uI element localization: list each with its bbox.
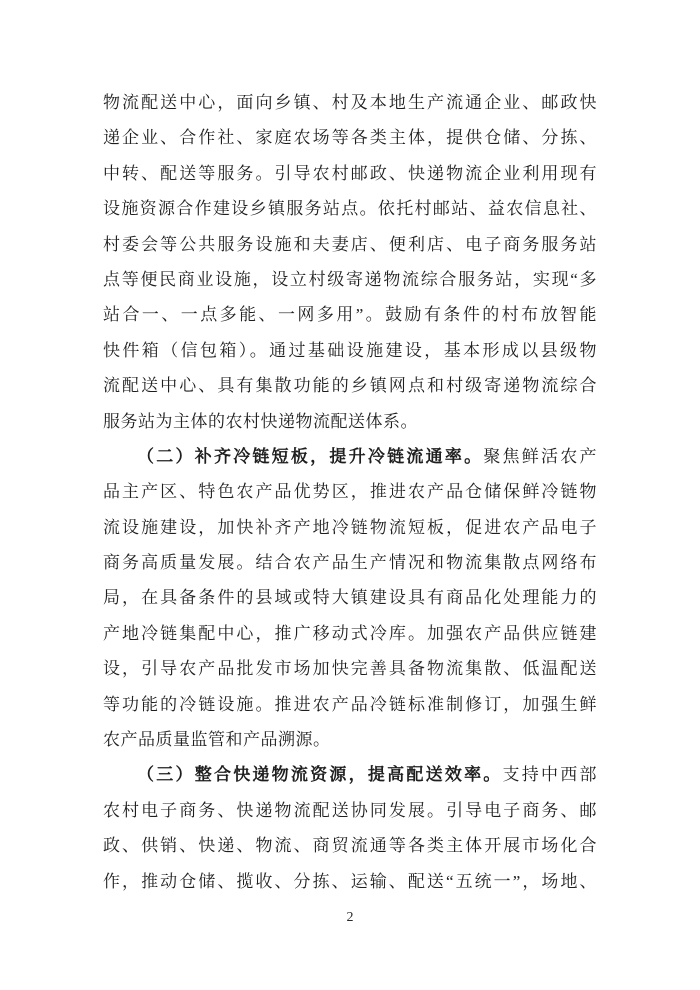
body-text: 中转、配送等服务。引导农村邮政、快递物流企业利用现有 [103, 164, 597, 183]
body-text: 服务站为主体的农村快递物流配送体系。 [103, 412, 418, 431]
page-footer: 2 [0, 908, 700, 926]
document-page: 物流配送中心，面向乡镇、村及本地生产流通企业、邮政快递企业、合作社、家庭农场等各… [0, 0, 700, 990]
body-text: 流配送中心、具有集散功能的乡镇网点和村级寄递物流综合 [103, 376, 597, 395]
body-text: 物流配送中心，面向乡镇、村及本地生产流通企业、邮政快 [103, 93, 597, 112]
text-line: 服务站为主体的农村快递物流配送体系。 [103, 404, 597, 439]
body-text: 支持中西部 [503, 765, 597, 784]
text-line: 农产品质量监管和产品溯源。 [103, 722, 597, 757]
text-line: 设，引导农产品批发市场加快完善具备物流集散、低温配送 [103, 651, 597, 686]
text-line: 局，在具备条件的县域或特大镇建设具有商品化处理能力的 [103, 580, 597, 615]
text-line: 村委会等公共服务设施和夫妻店、便利店、电子商务服务站 [103, 227, 597, 262]
text-line: 商务高质量发展。结合农产品生产情况和物流集散点网络布 [103, 545, 597, 580]
text-line: 流配送中心、具有集散功能的乡镇网点和村级寄递物流综合 [103, 368, 597, 403]
text-line: 政、供销、快递、物流、商贸流通等各类主体开展市场化合 [103, 828, 597, 863]
body-text: 品主产区、特色农产品优势区，推进农产品仓储保鲜冷链物 [103, 482, 597, 501]
text-line: 物流配送中心，面向乡镇、村及本地生产流通企业、邮政快 [103, 85, 597, 120]
body-text: 点等便民商业设施，设立村级寄递物流综合服务站，实现“多 [103, 270, 597, 289]
text-line: 设施资源合作建设乡镇服务站点。依托村邮站、益农信息社、 [103, 191, 597, 226]
section-heading-text: （三）整合快递物流资源，提高配送效率。 [137, 765, 503, 784]
body-text: 作，推动仓储、揽收、分拣、运输、配送“五统一”，场地、 [103, 872, 597, 891]
body-text: 政、供销、快递、物流、商贸流通等各类主体开展市场化合 [103, 836, 597, 855]
text-line: 快件箱（信包箱）。通过基础设施建设，基本形成以县级物 [103, 333, 597, 368]
text-line: 产地冷链集配中心，推广移动式冷库。加强农产品供应链建 [103, 616, 597, 651]
page-number: 2 [347, 910, 354, 925]
body-text: 快件箱（信包箱）。通过基础设施建设，基本形成以县级物 [103, 341, 597, 360]
body-text: 局，在具备条件的县域或特大镇建设具有商品化处理能力的 [103, 588, 597, 607]
body-text: 设，引导农产品批发市场加快完善具备物流集散、低温配送 [103, 659, 597, 678]
document-body: 物流配送中心，面向乡镇、村及本地生产流通企业、邮政快递企业、合作社、家庭农场等各… [103, 85, 597, 899]
body-text: 商务高质量发展。结合农产品生产情况和物流集散点网络布 [103, 553, 597, 572]
section-heading-text: （二）补齐冷链短板，提升冷链流通率。 [137, 447, 483, 466]
body-text: 流设施建设，加快补齐产地冷链物流短板，促进农产品电子 [103, 518, 597, 537]
text-line: 递企业、合作社、家庭农场等各类主体，提供仓储、分拣、 [103, 120, 597, 155]
body-text: 等功能的冷链设施。推进农产品冷链标准制修订，加强生鲜 [103, 695, 597, 714]
text-line: （二）补齐冷链短板，提升冷链流通率。聚焦鲜活农产 [103, 439, 597, 474]
body-text: 村委会等公共服务设施和夫妻店、便利店、电子商务服务站 [103, 235, 597, 254]
body-text: 农村电子商务、快递物流配送协同发展。引导电子商务、邮 [103, 801, 597, 820]
text-line: 品主产区、特色农产品优势区，推进农产品仓储保鲜冷链物 [103, 474, 597, 509]
text-line: 流设施建设，加快补齐产地冷链物流短板，促进农产品电子 [103, 510, 597, 545]
text-line: 作，推动仓储、揽收、分拣、运输、配送“五统一”，场地、 [103, 864, 597, 899]
text-line: 等功能的冷链设施。推进农产品冷链标准制修订，加强生鲜 [103, 687, 597, 722]
text-line: 中转、配送等服务。引导农村邮政、快递物流企业利用现有 [103, 156, 597, 191]
body-text: 产地冷链集配中心，推广移动式冷库。加强农产品供应链建 [103, 624, 597, 643]
body-text: 农产品质量监管和产品溯源。 [103, 730, 331, 749]
text-line: 点等便民商业设施，设立村级寄递物流综合服务站，实现“多 [103, 262, 597, 297]
body-text: 站合一、一点多能、一网多用”。鼓励有条件的村布放智能 [103, 305, 597, 324]
body-text: 聚焦鲜活农产 [483, 447, 597, 466]
body-text: 递企业、合作社、家庭农场等各类主体，提供仓储、分拣、 [103, 128, 597, 147]
text-line: 农村电子商务、快递物流配送协同发展。引导电子商务、邮 [103, 793, 597, 828]
body-text: 设施资源合作建设乡镇服务站点。依托村邮站、益农信息社、 [103, 199, 597, 218]
text-line: （三）整合快递物流资源，提高配送效率。支持中西部 [103, 757, 597, 792]
text-line: 站合一、一点多能、一网多用”。鼓励有条件的村布放智能 [103, 297, 597, 332]
